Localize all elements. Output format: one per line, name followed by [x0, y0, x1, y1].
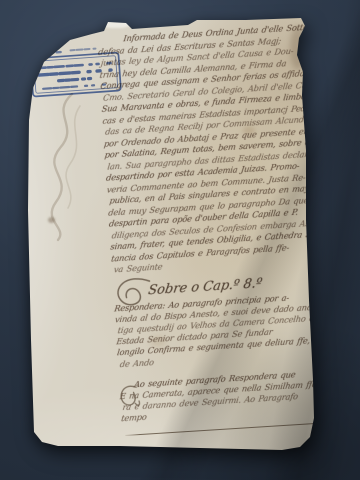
- flourish-initial-icon: [107, 270, 155, 313]
- manuscript-line: de Ando: [119, 345, 334, 370]
- archive-stamp-icon: [28, 43, 123, 99]
- manuscript-line: juntas ley de Algum Sanct d'ella Causa e…: [100, 44, 315, 69]
- manuscript-line: vinda al do Bispo Anesto, e suoi deve da…: [114, 300, 331, 325]
- paper-stain: [150, 336, 166, 347]
- manuscript-line: por Salatina, Regum totas, bem saverem, …: [104, 136, 321, 161]
- manuscript-line: Congrega que assignam e Senhor ferias os…: [100, 67, 317, 92]
- paper-tear-shadow: [290, 26, 306, 70]
- manuscript-line: longilo Confirma e seguimenta que deliur…: [116, 334, 333, 359]
- manuscript-paragraph-2: Respondera: Ao paragrafo principia por a…: [113, 289, 333, 370]
- manuscript-line: despartin para opõe d'ouber della Capill…: [108, 205, 325, 230]
- ink-bleedthrough-flourish: [28, 86, 92, 250]
- manuscript-line: Cmo. Secretario Geral do Colegio, Abril …: [102, 79, 317, 104]
- manuscript-text-area: Informada de Deus Ordina Junta d'elle So…: [96, 21, 337, 436]
- manuscript-line: Ao seguinte paragrafo Respondera que: [118, 366, 335, 391]
- manuscript-line: lan. Sua paragrapho das dittas Estadista…: [107, 148, 322, 173]
- manuscript-line: publica, en al Pais singulares e contrat…: [109, 182, 324, 207]
- photo-background: Informada de Deus Ordina Junta d'elle So…: [0, 0, 360, 480]
- manuscript-line: tancia dos Capitulos e Paragrafos pella …: [110, 239, 327, 264]
- manuscript-line: dela muy Segurapam que lo paragrapho Da …: [108, 193, 325, 218]
- manuscript-line: diligença dos Seculos de Confesion embar…: [111, 216, 326, 241]
- manuscript-paragraph-3: Ao seguinte paragrafo Respondera queE na…: [118, 366, 336, 424]
- manuscript-page: Informada de Deus Ordina Junta d'elle So…: [0, 0, 360, 480]
- manuscript-line: trina hey dela Camilla Alemanna, e Firma…: [99, 56, 316, 81]
- flourish-initial-icon: [114, 379, 142, 411]
- manuscript-line: Informada de Deus Ordina Junta d'elle So…: [97, 21, 314, 46]
- manuscript-line: tiga questudij ao Velhos da Camera Conce…: [117, 312, 332, 337]
- manuscript-line: das ca de Regna Recibj por Commissam Alc…: [104, 113, 319, 138]
- manuscript-line: veria Commanente ao bem Commune. Justa R…: [106, 171, 323, 196]
- manuscript-paragraph-3-wrap: Ao seguinte paragrafo Respondera queE na…: [118, 366, 336, 424]
- ink-rule: [125, 422, 329, 436]
- manuscript-line: Estada Senior dictado para Se fundar: [116, 323, 333, 348]
- paper-stain: [243, 126, 255, 135]
- manuscript-line: va Seguinte: [113, 251, 328, 276]
- manuscript-line: Sua Maravanta e obras, e funda Firmeza e…: [101, 90, 318, 115]
- section-heading: Sobre o Cap.º 8.º: [147, 274, 263, 299]
- section-heading-row: Sobre o Cap.º 8.º: [147, 267, 328, 297]
- manuscript-line: sinam, frater, que tendes Obligilia, e C…: [110, 228, 327, 253]
- manuscript-line: ra e daranno deve Seguirmi. Ao Paragrafo: [122, 389, 337, 414]
- paper-stain: [48, 217, 55, 223]
- manuscript-line: defesa da Lei das Escrituras e Santas Ma…: [97, 33, 314, 58]
- manuscript-paragraph-1: Informada de Deus Ordina Junta d'elle So…: [96, 21, 327, 276]
- manuscript-line: Respondera: Ao paragrafo principia por a…: [114, 289, 331, 314]
- paper-shadow-wrap: Informada de Deus Ordina Junta d'elle So…: [0, 0, 360, 480]
- manuscript-line: E na Camerata, aparece que nella Similha…: [119, 378, 336, 403]
- manuscript-line: despartindo por estta Academia Juizas. P…: [105, 159, 322, 184]
- manuscript-line: por Ordenado do Abbataj e Praz que prese…: [103, 125, 320, 150]
- manuscript-line: tempo: [121, 400, 338, 425]
- paper-chip-highlight: [102, 19, 130, 28]
- manuscript-line: cas e d'estas maneiras Estadistas import…: [102, 102, 319, 127]
